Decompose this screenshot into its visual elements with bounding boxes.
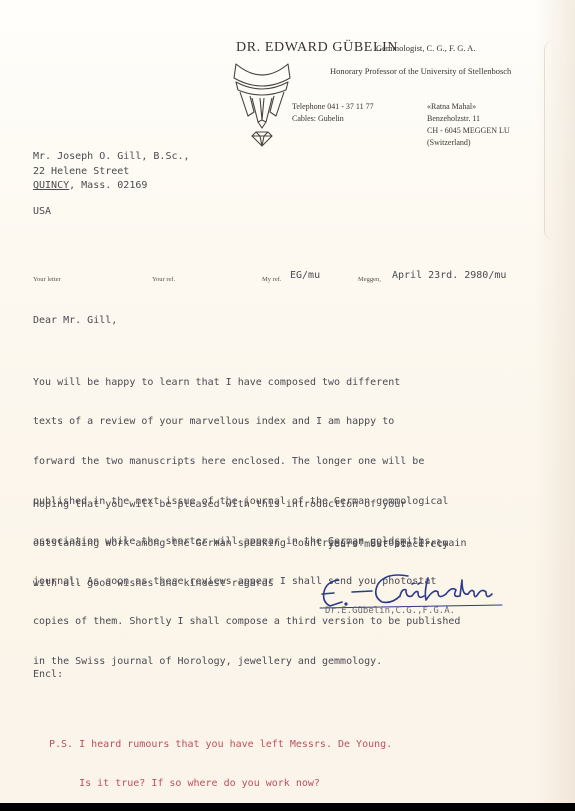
salutation: Dear Mr. Gill, xyxy=(33,315,117,326)
letterhead-name: DR. EDWARD GÜBELIN xyxy=(236,40,398,56)
text-line: texts of a review of your marvellous ind… xyxy=(33,415,460,428)
recipient-city: QUINCY xyxy=(33,180,69,191)
postscript: P.S. I heard rumours that you have left … xyxy=(49,712,392,803)
postscript-line: Is it true? If so where do you work now? xyxy=(49,777,392,790)
recipient-name: Mr. Joseph O. Gill, B.Sc., xyxy=(33,150,190,165)
recipient-country: USA xyxy=(33,206,51,217)
recipient-state-zip: , Mass. 02169 xyxy=(69,180,147,191)
gem-crown-logo-icon xyxy=(232,60,292,152)
letter-page: DR. EDWARD GÜBELIN Gemmologist, C. G., F… xyxy=(0,0,575,803)
address-line: CH - 6045 MEGGEN LU xyxy=(427,125,510,137)
your-letter-label: Your letter xyxy=(33,276,61,283)
cable-address: Cables: Gubelin xyxy=(292,113,374,125)
address-line: (Switzerland) xyxy=(427,137,510,149)
place-label: Meggen, xyxy=(358,276,381,283)
address-line: «Ratna Mahal» xyxy=(427,101,510,113)
text-line: Hoping that you will be pleased with thi… xyxy=(33,498,466,511)
paper-crease xyxy=(544,40,575,240)
letterhead-contact: Telephone 041 - 37 11 77 Cables: Gubelin xyxy=(292,101,374,125)
my-ref-label: My ref. xyxy=(262,276,282,283)
telephone-number: Telephone 041 - 37 11 77 xyxy=(292,101,374,113)
typed-signature-name: Dr.E.Gübelin,C.G.,F.G.A. xyxy=(325,606,455,616)
enclosure-note: Encl: xyxy=(33,669,63,680)
letterhead-credentials: Gemmologist, C. G., F. G. A. xyxy=(376,43,475,53)
my-ref-value: EG/mu xyxy=(290,270,320,281)
text-line: in the Swiss journal of Horology, jewell… xyxy=(33,655,460,668)
letterhead-address: «Ratna Mahal» Benzeholzstr. 11 CH - 6045… xyxy=(427,101,510,149)
recipient-street: 22 Helene Street xyxy=(33,165,190,180)
recipient-address: Mr. Joseph O. Gill, B.Sc.,22 Helene Stre… xyxy=(33,150,190,194)
closing: yours most sincerely xyxy=(328,539,448,550)
letterhead-professorship: Honorary Professor of the University of … xyxy=(330,66,511,76)
recipient-city-line: QUINCY, Mass. 02169 xyxy=(33,179,190,194)
text-line: forward the two manuscripts here enclose… xyxy=(33,455,460,468)
postscript-line: P.S. I heard rumours that you have left … xyxy=(49,738,392,751)
letter-date: April 23rd. 2980/mu xyxy=(392,270,506,281)
address-line: Benzeholzstr. 11 xyxy=(427,113,510,125)
text-line: You will be happy to learn that I have c… xyxy=(33,376,460,389)
your-ref-label: Your ref. xyxy=(152,276,175,283)
